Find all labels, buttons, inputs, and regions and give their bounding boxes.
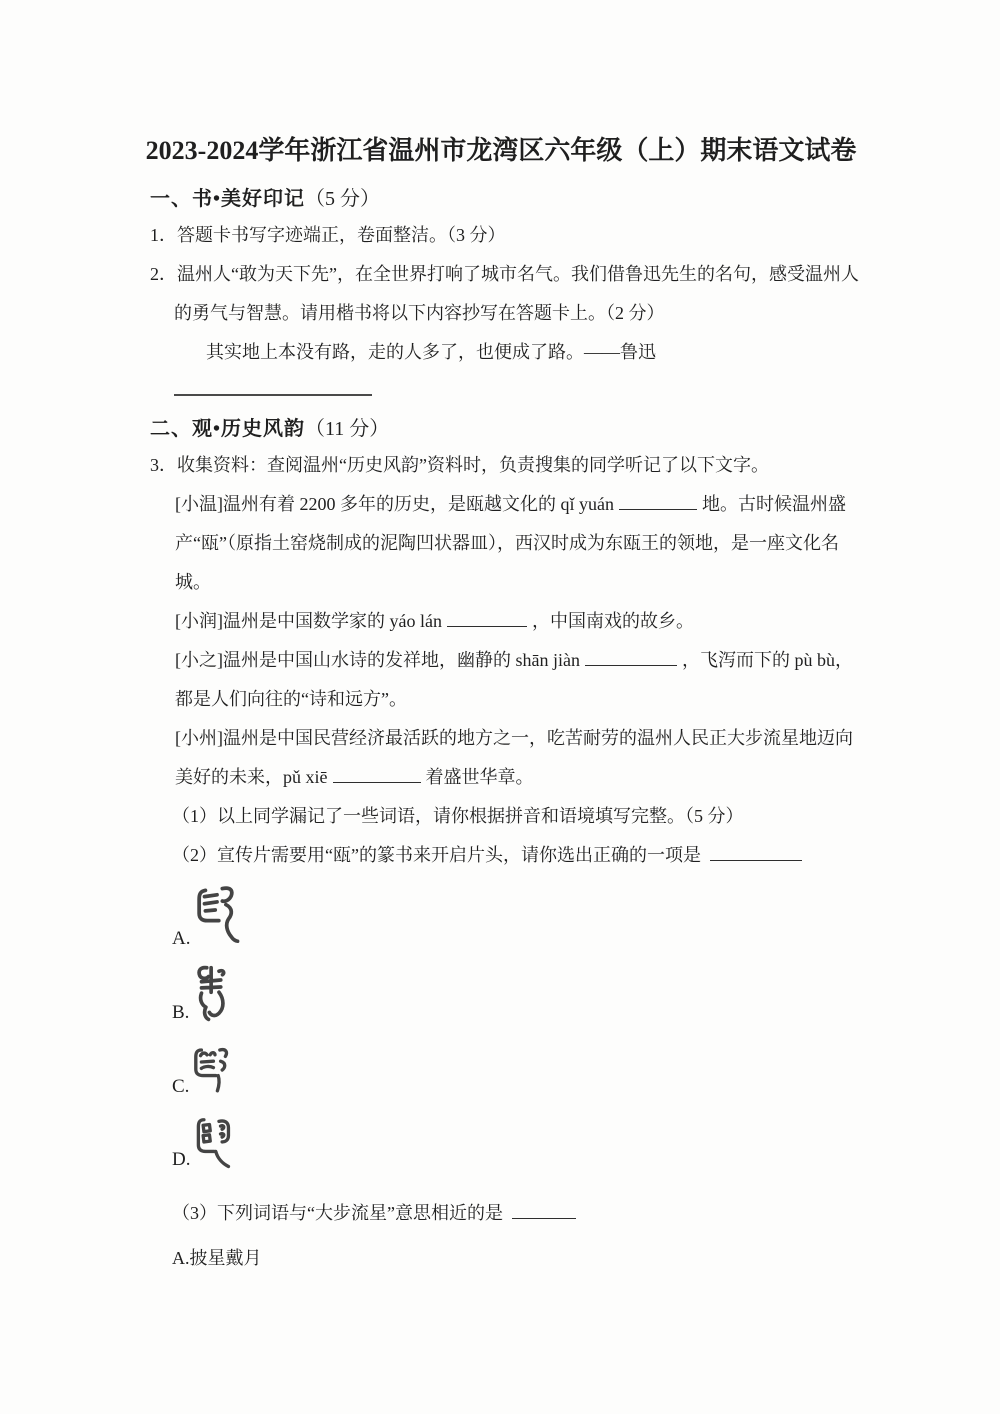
question-2-answer-line [174, 394, 372, 396]
paragraph-xiaozhou-text-after: 着盛世华章。 [426, 767, 534, 787]
paragraph-xiaozhou: [小州]温州是中国民营经济最活跃的地方之一，吃苦耐劳的温州人民正大步流星地迈向美… [175, 719, 862, 797]
section-1-points: （5 分） [305, 188, 380, 210]
question-3: 3．收集资料：查阅温州“历史风韵”资料时，负责搜集的同学听记了以下文字。 [150, 446, 862, 485]
seal-script-c-image [191, 1041, 231, 1099]
section-2-heading: 二、观•历史风韵（11 分） [150, 412, 862, 446]
seal-option-b-label: B. [172, 1001, 189, 1025]
fill-blank-qi-yuan [619, 491, 697, 510]
sub-question-2-text: （2）宣传片需要用“瓯”的篆书来开启片头，请你选出正确的一项是 [172, 845, 701, 865]
paragraph-xiaowen-text-before: [小温]温州有着 2200 多年的历史，是瓯越文化的 qǐ yuán [175, 494, 614, 514]
seal-option-d-label: D. [172, 1148, 190, 1172]
paragraph-xiaozhi: [小之]温州是中国山水诗的发祥地，幽静的 shān jiàn，飞泻而下的 pù … [175, 641, 862, 719]
paragraph-xiaozhi-text-before: [小之]温州是中国山水诗的发祥地，幽静的 shān jiàn [175, 650, 580, 670]
seal-script-d-image [192, 1115, 238, 1172]
section-2-heading-text: 二、观•历史风韵 [150, 418, 305, 440]
question-1: 1．答题卡书写字迹端正，卷面整洁。（3 分） [150, 216, 862, 255]
question-2-copy-quote: 其实地上本没有路，走的人多了，也便成了路。——鲁迅 [206, 333, 862, 372]
sub-question-3-option-a: A.披星戴月 [172, 1239, 862, 1278]
exam-page: 2023-2024学年浙江省温州市龙湾区六年级（上）期末语文试卷 一、书•美好印… [150, 0, 862, 1278]
sub-question-2: （2）宣传片需要用“瓯”的篆书来开启片头，请你选出正确的一项是 [172, 836, 862, 875]
seal-script-b-image [191, 963, 233, 1025]
sub-question-3: （3）下列词语与“大步流星”意思相近的是 [172, 1194, 862, 1233]
seal-option-d: D. [172, 1115, 862, 1172]
seal-option-a: A. [172, 885, 862, 951]
fill-blank-shan-jian [585, 647, 677, 666]
paragraph-xiaowen: [小温]温州有着 2200 多年的历史，是瓯越文化的 qǐ yuán地。古时候温… [175, 485, 862, 602]
seal-option-c: C. [172, 1041, 862, 1099]
paragraph-xiaorun-text-after: ，中国南戏的故乡。 [532, 611, 694, 631]
sub-question-1: （1）以上同学漏记了一些词语，请你根据拼音和语境填写完整。（5 分） [172, 797, 862, 836]
sub-question-3-answer-blank [512, 1200, 576, 1219]
sub-question-3-text: （3）下列词语与“大步流星”意思相近的是 [172, 1203, 503, 1223]
seal-option-c-label: C. [172, 1075, 189, 1099]
page-title: 2023-2024学年浙江省温州市龙湾区六年级（上）期末语文试卷 [140, 134, 862, 168]
sub-question-2-answer-blank [710, 842, 802, 861]
seal-option-a-label: A. [172, 927, 190, 951]
section-2-points: （11 分） [305, 418, 389, 440]
question-2: 2．温州人“敢为天下先”，在全世界打响了城市名气。我们借鲁迅先生的名句，感受温州… [150, 255, 862, 333]
paragraph-xiaorun: [小润]温州是中国数学家的 yáo lán，中国南戏的故乡。 [175, 602, 862, 641]
section-1-heading: 一、书•美好印记（5 分） [150, 182, 862, 216]
seal-option-b: B. [172, 963, 862, 1025]
fill-blank-pu-xie [333, 764, 421, 783]
section-1-heading-text: 一、书•美好印记 [150, 188, 305, 210]
fill-blank-yao-lan [447, 608, 527, 627]
seal-script-a-image [192, 885, 242, 951]
paragraph-xiaorun-text-before: [小润]温州是中国数学家的 yáo lán [175, 611, 442, 631]
